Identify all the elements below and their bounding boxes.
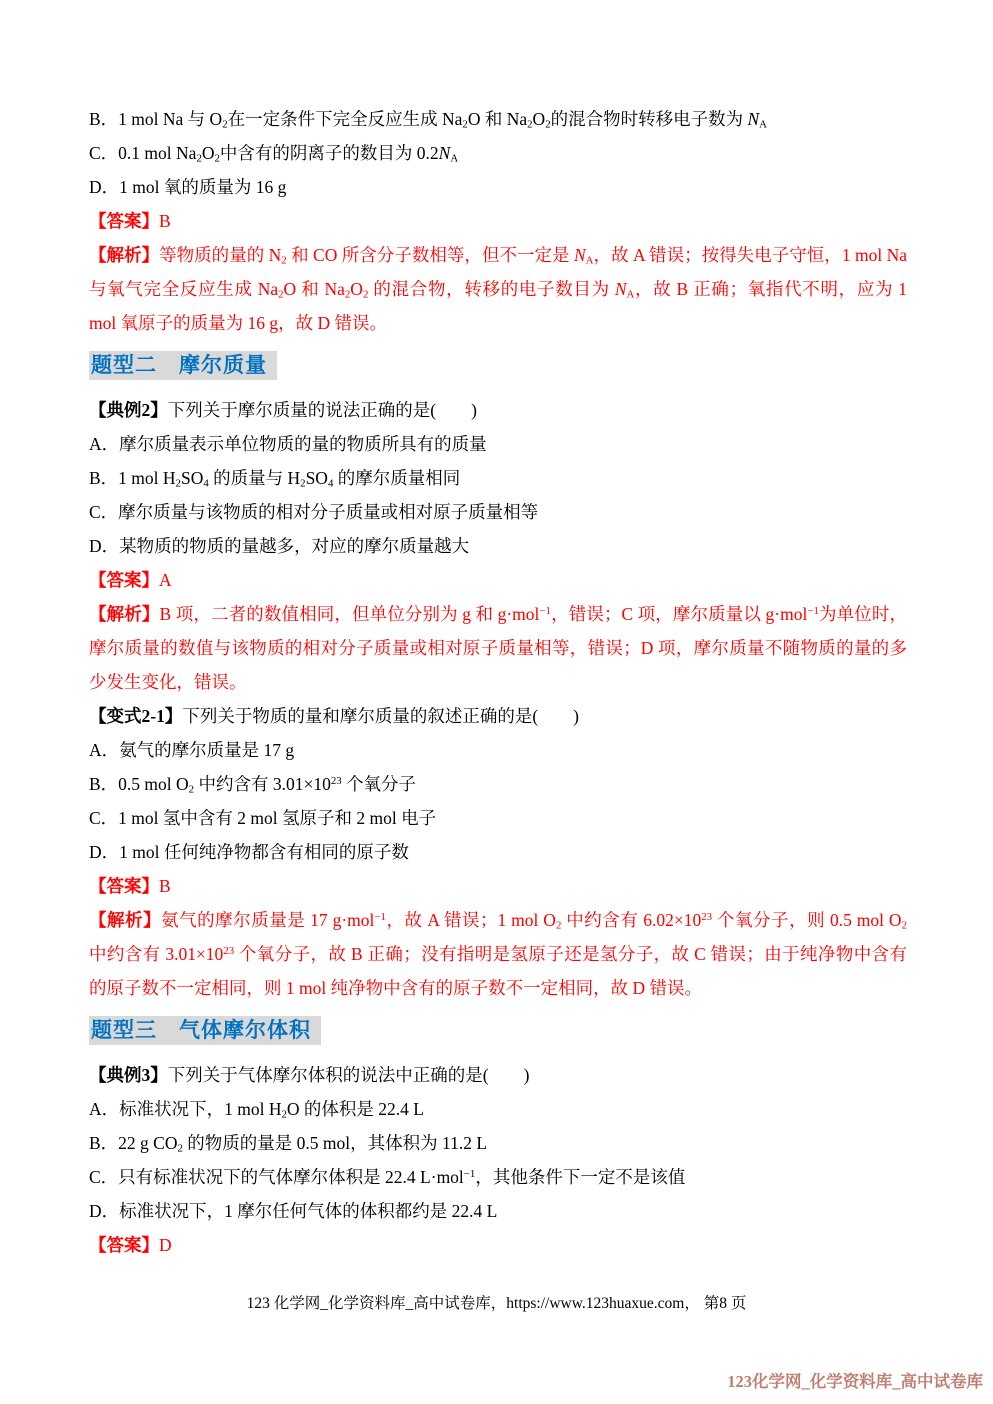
bottom-watermark: 123化学网_化学资料库_高中试卷库: [727, 1368, 983, 1392]
text-segment: ，其他条件下一定不是该值: [475, 1167, 685, 1187]
text-segment: −1: [807, 605, 819, 617]
text-segment: D．1 mol 任何纯净物都含有相同的原子数: [89, 842, 409, 862]
text-segment: D．某物质的物质的量越多，对应的摩尔质量越大: [89, 536, 469, 556]
text-segment: C．摩尔质量与该物质的相对分子质量或相对原子质量相等: [89, 502, 538, 522]
text-segment: B．1 mol Na 与 O: [89, 109, 222, 129]
text-segment: O 和 Na: [468, 109, 527, 129]
text-segment: 和 CO 所含分子数相等，但不一定是: [287, 245, 574, 265]
text-segment: ，故 A 错误；1 mol O: [386, 910, 556, 930]
option-line: D．标准状况下，1 摩尔任何气体的体积都约是 22.4 L: [89, 1194, 907, 1228]
text-segment: 下列关于摩尔质量的说法正确的是( ): [168, 400, 477, 420]
text-segment: 【解析】: [89, 245, 159, 265]
option-line: A．摩尔质量表示单位物质的量的物质所具有的质量: [89, 427, 907, 461]
text-segment: B．22 g CO: [89, 1133, 177, 1153]
text-segment: A: [159, 570, 172, 590]
text-segment: ，错误；C 项，摩尔质量以 g·mol: [551, 604, 807, 624]
text-segment: −1: [374, 911, 386, 923]
text-segment: A: [759, 119, 767, 131]
text-segment: 【解析】: [89, 910, 161, 930]
document-content: B．1 mol Na 与 O2在一定条件下完全反应生成 Na2O 和 Na2O2…: [89, 102, 907, 1262]
text-segment: D．1 mol 氧的质量为 16 g: [89, 177, 286, 197]
text-segment: A．氨气的摩尔质量是 17 g: [89, 740, 294, 760]
text-segment: 个氧分子，则 0.5 mol O: [712, 910, 901, 930]
text-segment: 中约含有 3.01×10: [89, 944, 223, 964]
text-segment: N: [615, 279, 627, 299]
text-segment: −1: [539, 605, 551, 617]
text-segment: O: [350, 279, 363, 299]
text-segment: 【答案】: [89, 570, 159, 590]
text-segment: A．摩尔质量表示单位物质的量的物质所具有的质量: [89, 434, 487, 454]
page-footer: 123 化学网_化学资料库_高中试卷库，https://www.123huaxu…: [0, 1294, 993, 1314]
text-segment: O 的体积是 22.4 L: [287, 1099, 424, 1119]
text-segment: 【典例3】: [89, 1065, 168, 1085]
text-segment: C．0.1 mol Na: [89, 143, 196, 163]
option-line: D．1 mol 氧的质量为 16 g: [89, 170, 907, 204]
text-segment: D: [159, 1235, 172, 1255]
text-segment: 个氧分子: [342, 774, 416, 794]
text-segment: 2: [902, 920, 907, 932]
text-segment: 中约含有 6.02×10: [561, 910, 701, 930]
text-segment: B: [159, 876, 171, 896]
text-segment: N: [747, 109, 759, 129]
option-line: C．只有标准状况下的气体摩尔体积是 22.4 L·mol−1，其他条件下一定不是…: [89, 1160, 907, 1194]
text-segment: 的物质的量是 0.5 mol，其体积为 11.2 L: [183, 1133, 487, 1153]
question-line: 【变式2-1】下列关于物质的量和摩尔质量的叙述正确的是( ): [89, 699, 907, 733]
text-segment: A: [586, 255, 594, 267]
analysis-paragraph: 【解析】氨气的摩尔质量是 17 g·mol−1，故 A 错误；1 mol O2 …: [89, 903, 907, 1005]
text-segment: 【解析】: [89, 604, 160, 624]
answer-line: 【答案】B: [89, 204, 907, 238]
text-segment: 等物质的量的 N: [159, 245, 281, 265]
text-segment: 23: [331, 775, 342, 787]
text-segment: D．标准状况下，1 摩尔任何气体的体积都约是 22.4 L: [89, 1201, 497, 1221]
section-heading: 题型三 气体摩尔体积: [89, 1017, 907, 1045]
analysis-paragraph: 【解析】B 项，二者的数值相同，但单位分别为 g 和 g·mol−1，错误；C …: [89, 597, 907, 699]
option-line: C．1 mol 氢中含有 2 mol 氢原子和 2 mol 电子: [89, 801, 907, 835]
text-segment: 题型三 气体摩尔体积: [91, 1019, 311, 1042]
analysis-paragraph: 【解析】等物质的量的 N2 和 CO 所含分子数相等，但不一定是 NA，故 A …: [89, 238, 907, 340]
text-segment: 【答案】: [89, 211, 159, 231]
text-segment: N: [574, 245, 586, 265]
text-segment: 下列关于物质的量和摩尔质量的叙述正确的是( ): [182, 706, 579, 726]
question-line: 【典例3】下列关于气体摩尔体积的说法中正确的是( ): [89, 1058, 907, 1092]
answer-line: 【答案】D: [89, 1228, 907, 1262]
question-line: 【典例2】下列关于摩尔质量的说法正确的是( ): [89, 393, 907, 427]
text-segment: 氨气的摩尔质量是 17 g·mol: [161, 910, 374, 930]
text-segment: B 项，二者的数值相同，但单位分别为 g 和 g·mol: [160, 604, 540, 624]
text-segment: B．0.5 mol O: [89, 774, 189, 794]
text-segment: 【典例2】: [89, 400, 168, 420]
text-segment: C．只有标准状况下的气体摩尔体积是 22.4 L·mol: [89, 1167, 464, 1187]
text-segment: O: [202, 143, 215, 163]
text-segment: N: [439, 143, 451, 163]
text-segment: O 和 Na: [284, 279, 345, 299]
text-segment: 【答案】: [89, 1235, 159, 1255]
text-segment: −1: [464, 1168, 476, 1180]
text-segment: 的混合物时转移电子数为: [551, 109, 748, 129]
option-line: B．1 mol H2SO4 的质量与 H2SO4 的摩尔质量相同: [89, 461, 907, 495]
text-segment: B．1 mol H: [89, 468, 176, 488]
section-heading-text: 题型二 摩尔质量: [89, 351, 277, 380]
text-segment: SO: [306, 468, 328, 488]
answer-line: 【答案】A: [89, 563, 907, 597]
option-line: C．摩尔质量与该物质的相对分子质量或相对原子质量相等: [89, 495, 907, 529]
text-segment: C．1 mol 氢中含有 2 mol 氢原子和 2 mol 电子: [89, 808, 436, 828]
answer-line: 【答案】B: [89, 869, 907, 903]
text-segment: 下列关于气体摩尔体积的说法中正确的是( ): [168, 1065, 530, 1085]
document-page: B．1 mol Na 与 O2在一定条件下完全反应生成 Na2O 和 Na2O2…: [0, 0, 993, 1404]
text-segment: 的混合物，转移的电子数目为: [368, 279, 614, 299]
option-line: D．1 mol 任何纯净物都含有相同的原子数: [89, 835, 907, 869]
text-segment: 23: [701, 911, 712, 923]
option-line: D．某物质的物质的量越多，对应的摩尔质量越大: [89, 529, 907, 563]
text-segment: 的质量与 H: [209, 468, 300, 488]
text-segment: 的摩尔质量相同: [333, 468, 460, 488]
text-segment: O: [533, 109, 546, 129]
text-segment: 中约含有 3.01×10: [194, 774, 331, 794]
section-heading: 题型二 摩尔质量: [89, 352, 907, 380]
text-segment: 【答案】: [89, 876, 159, 896]
text-segment: 【变式2-1】: [89, 706, 182, 726]
text-segment: B: [159, 211, 171, 231]
option-line: C．0.1 mol Na2O2中含有的阴离子的数目为 0.2NA: [89, 136, 907, 170]
section-heading-text: 题型三 气体摩尔体积: [89, 1016, 321, 1045]
option-line: A．氨气的摩尔质量是 17 g: [89, 733, 907, 767]
text-segment: 题型二 摩尔质量: [91, 354, 267, 377]
text-segment: A．标准状况下，1 mol H: [89, 1099, 282, 1119]
text-segment: A: [450, 153, 458, 165]
text-segment: SO: [181, 468, 203, 488]
option-line: B．0.5 mol O2 中约含有 3.01×1023 个氧分子: [89, 767, 907, 801]
text-segment: 中含有的阴离子的数目为 0.2: [220, 143, 439, 163]
text-segment: 在一定条件下完全反应生成 Na: [228, 109, 463, 129]
option-line: A．标准状况下，1 mol H2O 的体积是 22.4 L: [89, 1092, 907, 1126]
text-segment: 23: [223, 945, 234, 957]
option-line: B．1 mol Na 与 O2在一定条件下完全反应生成 Na2O 和 Na2O2…: [89, 102, 907, 136]
option-line: B．22 g CO2 的物质的量是 0.5 mol，其体积为 11.2 L: [89, 1126, 907, 1160]
